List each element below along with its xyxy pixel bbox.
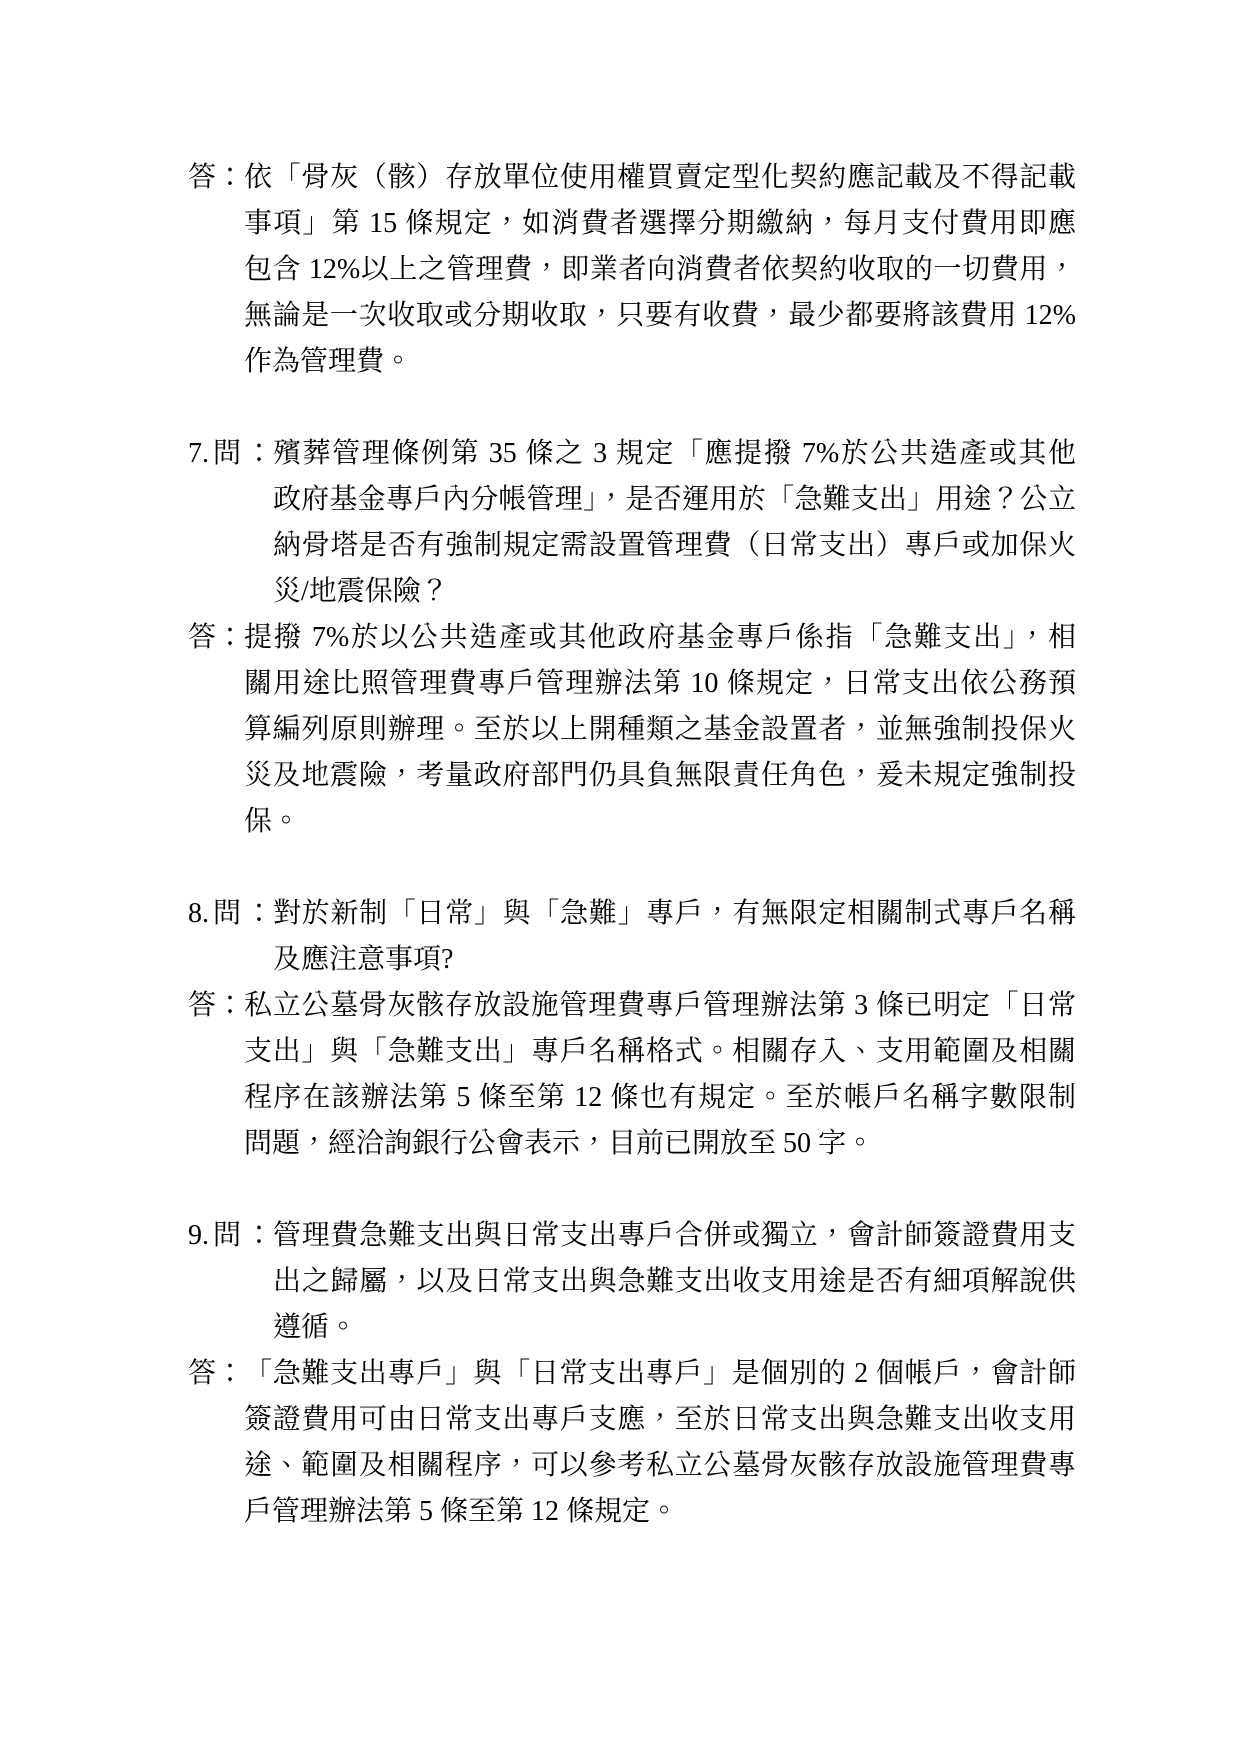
text-line: 包含 12%以上之管理費，即業者向消費者依契約收取的一切費用， — [244, 247, 1076, 293]
text-line: 作為管理費。 — [244, 339, 1076, 385]
text-line: 保。 — [244, 799, 1076, 845]
text-line: 政府基金專戶內分帳管理」，是否運用於「急難支出」用途？公立 — [273, 477, 1076, 523]
qa-block-question: 8.問：對於新制「日常」與「急難」專戶，有無限定相關制式專戶名稱及應注意事項? — [188, 891, 1076, 983]
text-line: 提撥 7%於以公共造產或其他政府基金專戶係指「急難支出」，相 — [244, 615, 1076, 661]
question-number-label: 9.問： — [188, 1213, 273, 1259]
text-line: 算編列原則辦理。至於以上開種類之基金設置者，並無強制投保火 — [244, 707, 1076, 753]
text-line: 私立公墓骨灰骸存放設施管理費專戶管理辦法第 3 條已明定「日常 — [244, 983, 1076, 1029]
text-line: 無論是一次收取或分期收取，只要有收費，最少都要將該費用 12% — [244, 293, 1076, 339]
qa-block-answer: 答：私立公墓骨灰骸存放設施管理費專戶管理辦法第 3 條已明定「日常支出」與「急難… — [188, 983, 1076, 1167]
answer-label: 答： — [188, 155, 244, 201]
text-line: 途、範圍及相關程序，可以參考私立公墓骨灰骸存放設施管理費專 — [244, 1443, 1076, 1489]
question-number-label: 8.問： — [188, 891, 273, 937]
text-line: 依「骨灰（骸）存放單位使用權買賣定型化契約應記載及不得記載 — [244, 155, 1076, 201]
qa-block-answer: 答：提撥 7%於以公共造產或其他政府基金專戶係指「急難支出」，相關用途比照管理費… — [188, 615, 1076, 845]
answer-label: 答： — [188, 983, 244, 1029]
text-line: 遵循。 — [273, 1305, 1076, 1351]
text-line: 災/地震保險？ — [273, 569, 1076, 615]
text-line: 出之歸屬，以及日常支出與急難支出收支用途是否有細項解說供 — [273, 1259, 1076, 1305]
text-line: 問題，經洽詢銀行公會表示，目前已開放至 50 字。 — [244, 1121, 1076, 1167]
text-line: 關用途比照管理費專戶管理辦法第 10 條規定，日常支出依公務預 — [244, 661, 1076, 707]
qa-block-answer: 答：「急難支出專戶」與「日常支出專戶」是個別的 2 個帳戶，會計師簽證費用可由日… — [188, 1351, 1076, 1535]
text-line: 事項」第 15 條規定，如消費者選擇分期繳納，每月支付費用即應 — [244, 201, 1076, 247]
text-line: 對於新制「日常」與「急難」專戶，有無限定相關制式專戶名稱 — [273, 891, 1076, 937]
text-line: 簽證費用可由日常支出專戶支應，至於日常支出與急難支出收支用 — [244, 1397, 1076, 1443]
qa-document-body: 答：依「骨灰（骸）存放單位使用權買賣定型化契約應記載及不得記載事項」第 15 條… — [188, 155, 1076, 1535]
qa-block-question: 9.問：管理費急難支出與日常支出專戶合併或獨立，會計師簽證費用支出之歸屬，以及日… — [188, 1213, 1076, 1351]
text-line: 程序在該辦法第 5 條至第 12 條也有規定。至於帳戶名稱字數限制 — [244, 1075, 1076, 1121]
qa-block-answer: 答：依「骨灰（骸）存放單位使用權買賣定型化契約應記載及不得記載事項」第 15 條… — [188, 155, 1076, 385]
text-line: 「急難支出專戶」與「日常支出專戶」是個別的 2 個帳戶，會計師 — [244, 1351, 1076, 1397]
qa-block-question: 7.問：殯葬管理條例第 35 條之 3 規定「應提撥 7%於公共造產或其他政府基… — [188, 431, 1076, 615]
document-page: 答：依「骨灰（骸）存放單位使用權買賣定型化契約應記載及不得記載事項」第 15 條… — [0, 0, 1241, 1755]
question-number-label: 7.問： — [188, 431, 273, 477]
text-line: 殯葬管理條例第 35 條之 3 規定「應提撥 7%於公共造產或其他 — [273, 431, 1076, 477]
text-line: 災及地震險，考量政府部門仍具負無限責任角色，爰未規定強制投 — [244, 753, 1076, 799]
text-line: 及應注意事項? — [273, 937, 1076, 983]
answer-label: 答： — [188, 1351, 244, 1397]
text-line: 管理費急難支出與日常支出專戶合併或獨立，會計師簽證費用支 — [273, 1213, 1076, 1259]
answer-label: 答： — [188, 615, 244, 661]
text-line: 納骨塔是否有強制規定需設置管理費（日常支出）專戶或加保火 — [273, 523, 1076, 569]
text-line: 戶管理辦法第 5 條至第 12 條規定。 — [244, 1489, 1076, 1535]
text-line: 支出」與「急難支出」專戶名稱格式。相關存入、支用範圍及相關 — [244, 1029, 1076, 1075]
